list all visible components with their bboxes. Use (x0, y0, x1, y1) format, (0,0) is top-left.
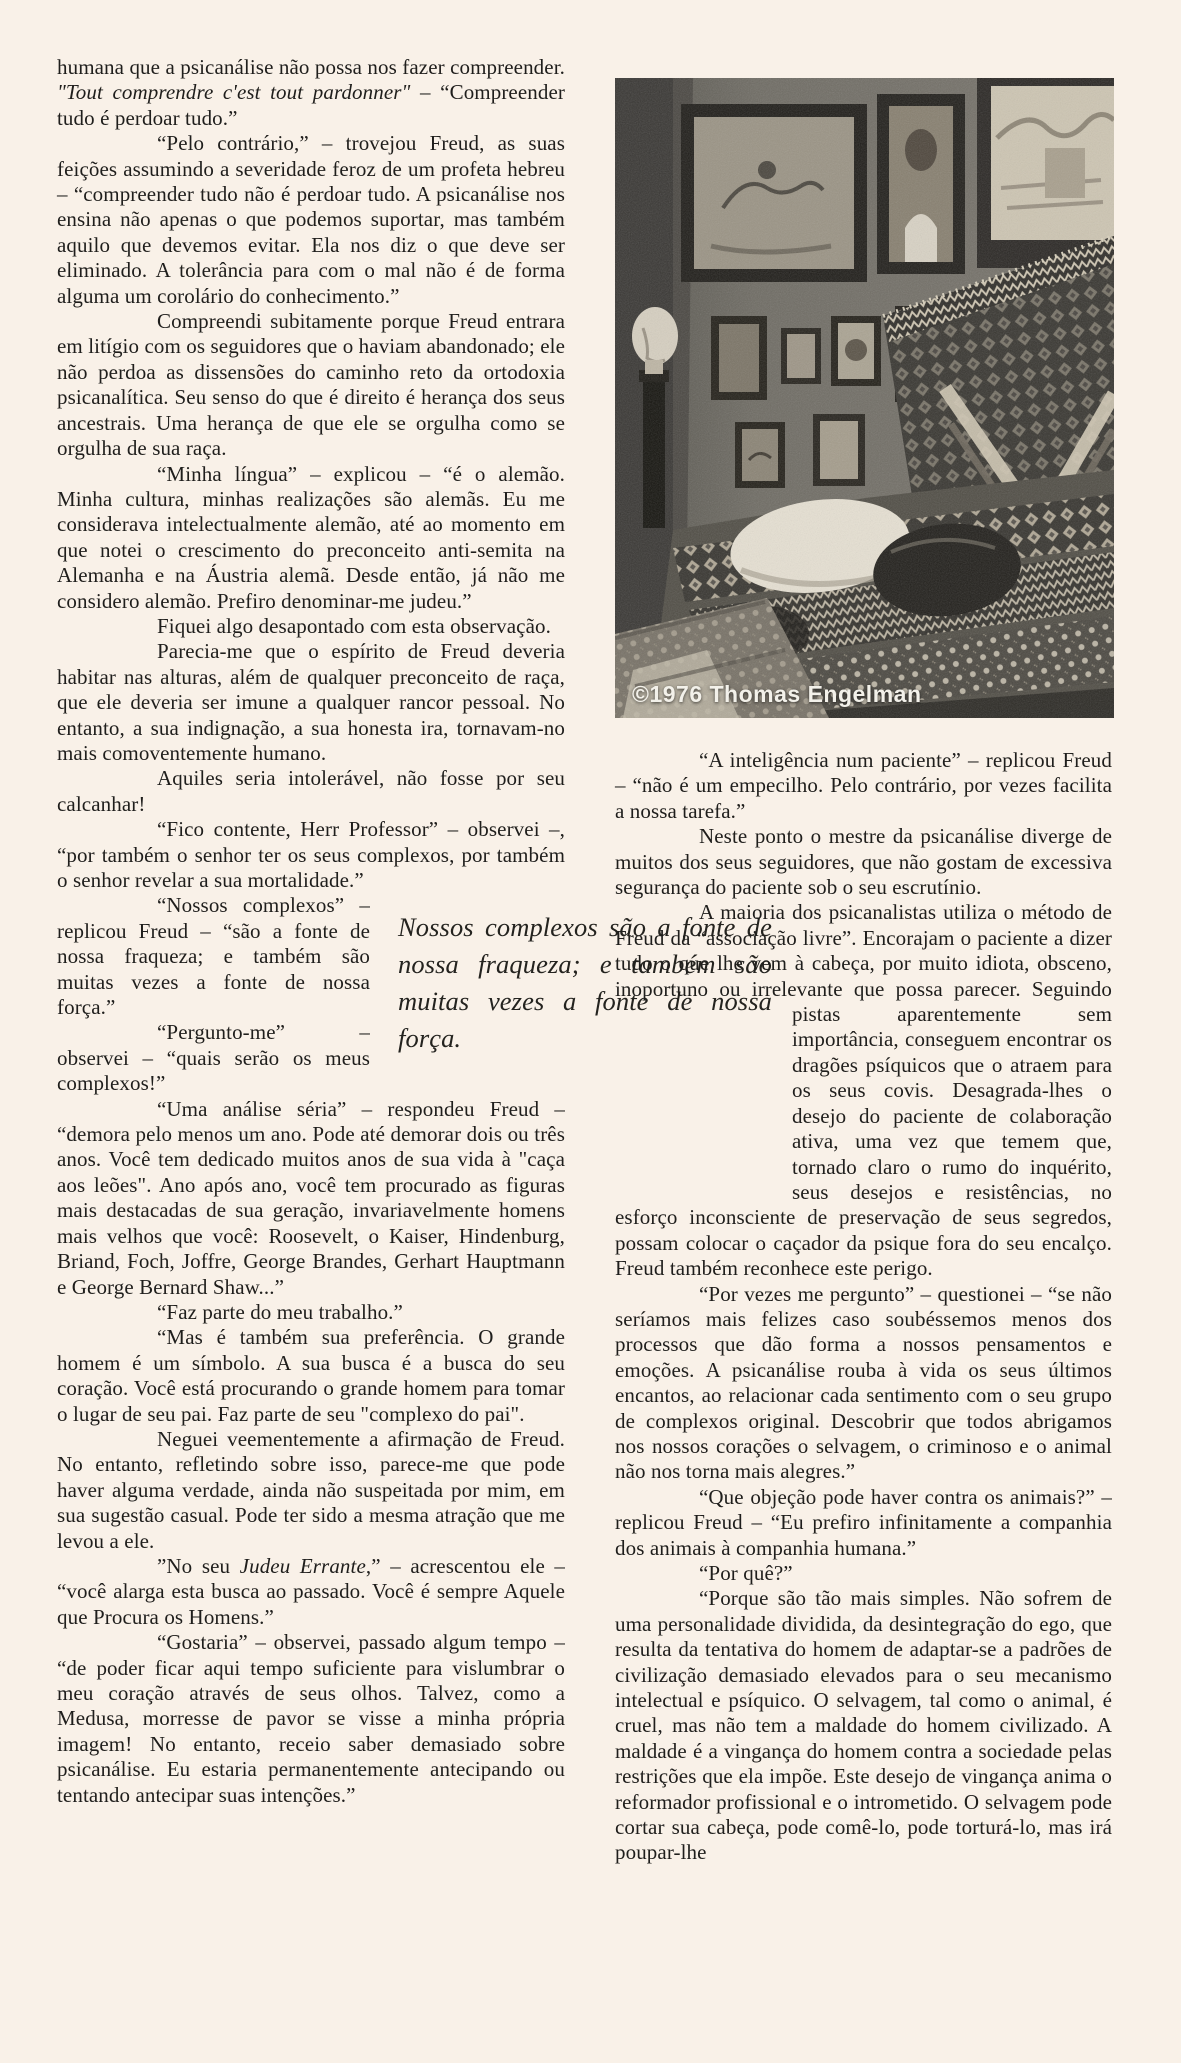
paragraph: “Pelo contrário,” – trovejou Freud, as s… (57, 131, 565, 309)
left-text-column: humana que a psicanálise não possa nos f… (57, 55, 565, 1808)
magazine-page: humana que a psicanálise não possa nos f… (0, 0, 1181, 2063)
paragraph: Compreendi subitamente porque Freud entr… (57, 309, 565, 461)
paragraph: humana que a psicanálise não possa nos f… (57, 55, 565, 131)
paragraph-text: “Nossos complexos” – replicou Freud – “s… (57, 893, 370, 1019)
paragraph: “Porque são tão mais simples. Não sofrem… (615, 1586, 1112, 1865)
paragraph: Neste ponto o mestre da psicanálise dive… (615, 824, 1112, 900)
photo-credit: ©1976 Thomas Engelman (632, 681, 922, 708)
paragraph: “Gostaria” – observei, passado algum tem… (57, 1630, 565, 1808)
paragraph: “Por quê?” (615, 1561, 1112, 1586)
paragraph: ”No seu Judeu Errante,” – acrescentou el… (57, 1554, 565, 1630)
paragraph: Aquiles seria intolerável, não fosse por… (57, 766, 565, 817)
photo-grain (615, 78, 1114, 718)
photo-figure: ©1976 Thomas Engelman (615, 78, 1114, 718)
paragraph: “Fico contente, Herr Professor” – observ… (57, 817, 565, 893)
paragraph: “Uma análise séria” – respondeu Freud – … (57, 1097, 565, 1300)
paragraph: “Mas é também sua preferência. O grande … (57, 1325, 565, 1427)
paragraph: “Faz parte do meu trabalho.” (57, 1300, 565, 1325)
paragraph: Fiquei algo desapontado com esta observa… (57, 614, 565, 639)
paragraph: Parecia-me que o espírito de Freud dever… (57, 639, 565, 766)
paragraph: Neguei veementemente a afirmação de Freu… (57, 1427, 565, 1554)
paragraph: “Minha língua” – explicou – “é o alemão.… (57, 462, 565, 614)
right-text-column: “A inteligência num paciente” – replicou… (615, 748, 1112, 1866)
paragraph: A maioria dos psicanalistas utiliza o mé… (615, 900, 1112, 1281)
paragraph: “A inteligência num paciente” – replicou… (615, 748, 1112, 824)
freud-study-photo (615, 78, 1114, 718)
paragraph: Nossos complexos são a fonte de nossa fr… (57, 893, 565, 1020)
pull-quote-anchor: Nossos complexos são a fonte de nossa fr… (370, 893, 565, 1069)
paragraph: “Que objeção pode haver contra os animai… (615, 1485, 1112, 1561)
paragraph: “Por vezes me pergunto” – questionei – “… (615, 1282, 1112, 1485)
